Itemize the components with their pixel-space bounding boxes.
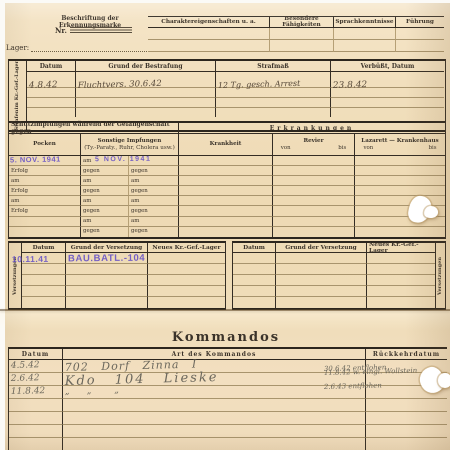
baubatl-stamp: BAU.BATL.-104: [68, 253, 145, 265]
date-stamp-pocken: 5. NOV. 1941: [10, 155, 61, 165]
scan-shading-overlay: [5, 3, 450, 450]
pow-record-card-scan: Beschriftung der Erkennungsmarke Nr. Lag…: [0, 0, 450, 450]
punch-hole-tear: [438, 373, 450, 388]
date-stamp-sonstige: 5 NOV. 1941: [95, 156, 151, 163]
versetzung-datum-stamp: 10.11.41: [12, 254, 49, 264]
